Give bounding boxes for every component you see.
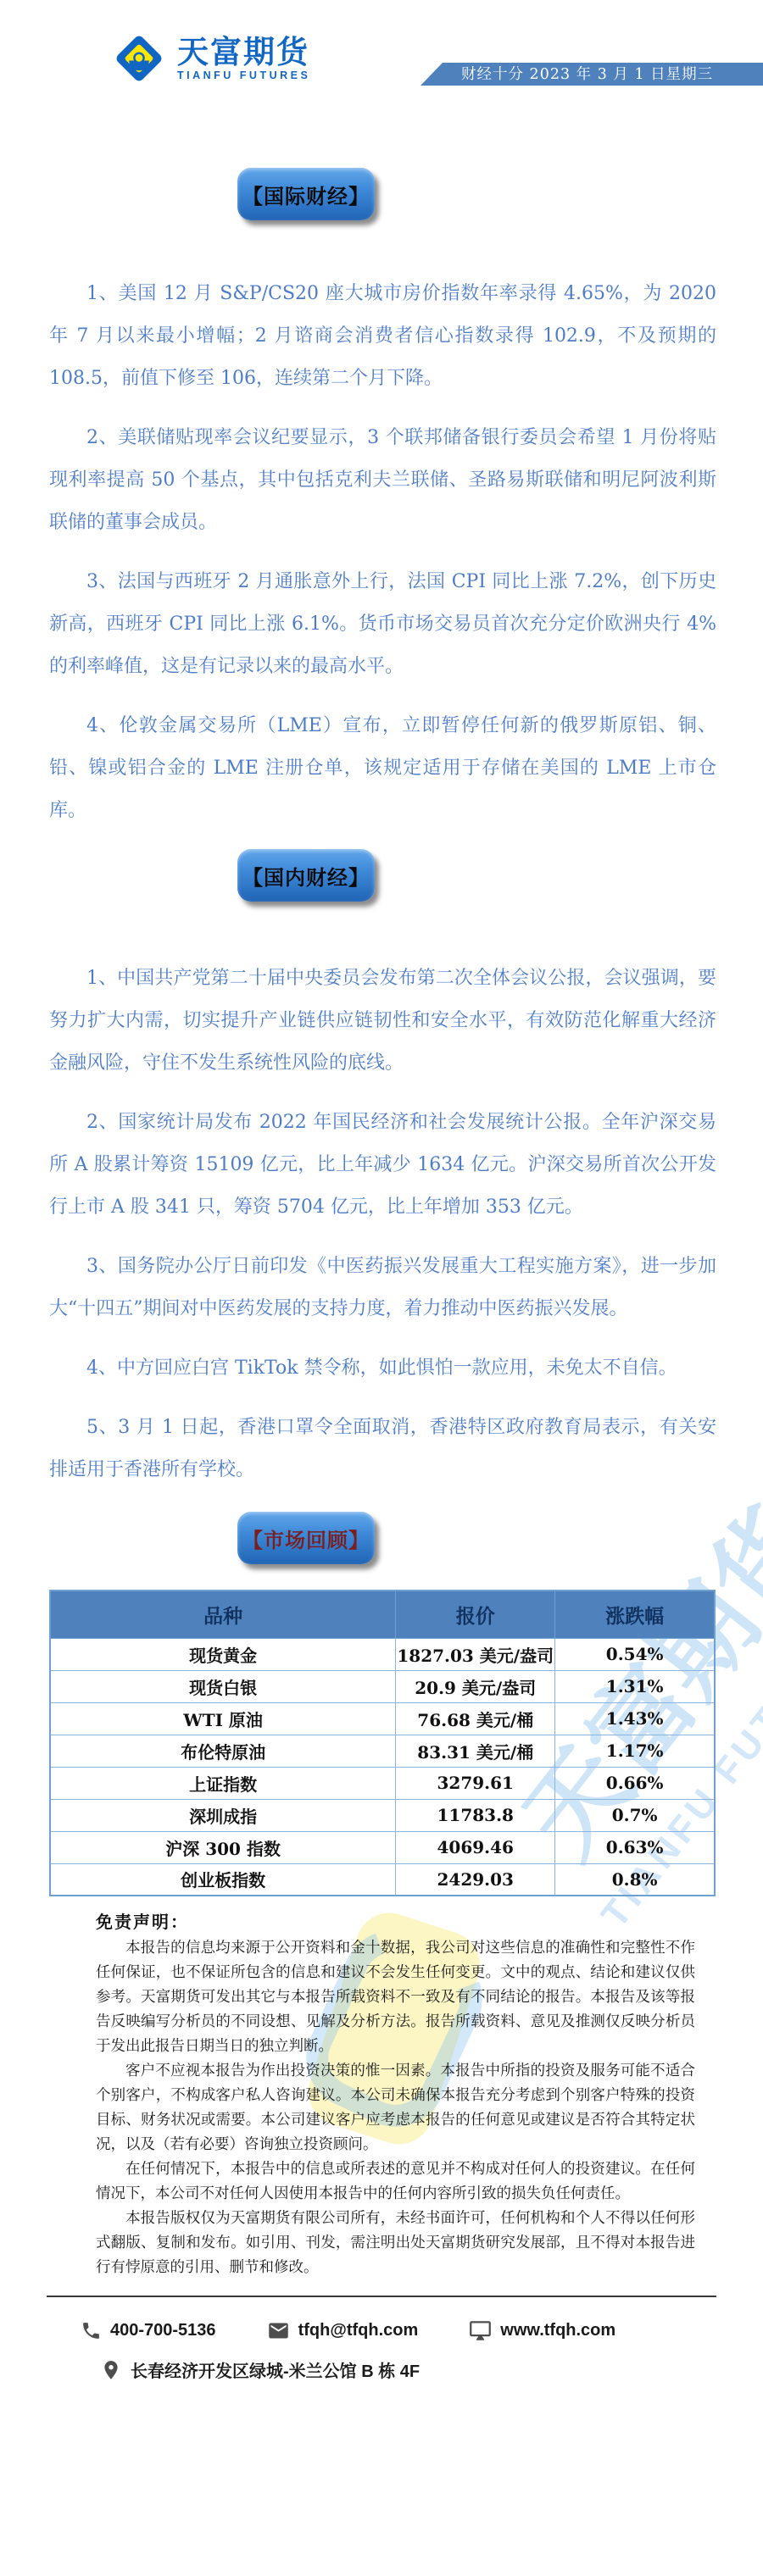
disclaimer-title: 免责声明： [96,1908,695,1933]
quote-cell: 11783.8 [396,1799,555,1831]
phone-contact: 400-700-5136 [81,2320,216,2341]
newsletter-page: 天富期货 TIANFU FUTURES 财经十分 2023 年 3 月 1 日星… [0,0,763,2382]
change-cell: 0.63% [555,1831,715,1863]
quote-cell: 76.68 美元/桶 [396,1702,555,1735]
phone-number: 400-700-5136 [110,2321,216,2340]
instrument-cell: 创业板指数 [50,1863,396,1896]
disclaimer-paragraph-3: 在任何情况下，本报告中的信息或所表述的意见并不构成对任何人的投资建议。在任何情况… [96,2157,695,2207]
footer: 400-700-5136 tfqh@tfqh.com www.tfqh.com … [0,2296,763,2382]
column-header-quote: 报价 [396,1591,555,1638]
table-row: 沪深 300 指数 4069.46 0.63% [50,1831,715,1863]
website-contact: www.tfqh.com [469,2319,615,2342]
table-header-row: 品种 报价 涨跌幅 [50,1591,715,1638]
disclaimer-paragraph-1: 本报告的信息均来源于公开资料和金十数据，我公司对这些信息的准确性和完整性不作任何… [96,1936,695,2059]
brand-text: 天富期货 TIANFU FUTURES [177,36,310,81]
table-row: 现货白银 20.9 美元/盎司 1.31% [50,1670,715,1702]
change-cell: 1.43% [555,1702,715,1735]
column-header-change: 涨跌幅 [555,1591,715,1638]
brand-name-cn: 天富期货 [177,36,310,69]
change-cell: 0.66% [555,1767,715,1799]
header: 天富期货 TIANFU FUTURES 财经十分 2023 年 3 月 1 日星… [0,0,763,85]
table-row: WTI 原油 76.68 美元/桶 1.43% [50,1702,715,1735]
email-icon [267,2319,290,2342]
disclaimer-section: 免责声明： 本报告的信息均来源于公开资料和金十数据，我公司对这些信息的准确性和完… [96,1908,695,2280]
instrument-cell: 沪深 300 指数 [50,1831,396,1863]
quote-cell: 20.9 美元/盎司 [396,1670,555,1702]
section-header-international: 【国际财经】 [237,168,375,220]
brand-name-en: TIANFU FUTURES [177,69,310,81]
news-paragraph-intl-2: 2、美联储贴现率会议纪要显示，3 个联邦储备银行委员会希望 1 月份将贴现利率提… [49,417,716,544]
quote-cell: 1827.03 美元/盎司 [396,1638,555,1670]
table-row: 现货黄金 1827.03 美元/盎司 0.54% [50,1638,715,1670]
section-header-domestic: 【国内财经】 [237,849,375,902]
change-cell: 0.8% [555,1863,715,1896]
instrument-cell: 深圳成指 [50,1799,396,1831]
news-paragraph-dom-1: 1、中国共产党第二十届中央委员会发布第二次全体会议公报，会议强调，要努力扩大内需… [49,958,716,1085]
quote-cell: 83.31 美元/桶 [396,1735,555,1767]
change-cell: 0.7% [555,1799,715,1831]
market-review-section: 天富期货 TIANFU FUTURES 【市场回顾】 品种 报价 涨跌幅 现货黄… [0,1512,763,2280]
news-paragraph-dom-2: 2、国家统计局发布 2022 年国民经济和社会发展统计公报。全年沪深交易所 A … [49,1102,716,1229]
table-row: 布伦特原油 83.31 美元/桶 1.17% [50,1735,715,1767]
instrument-cell: 布伦特原油 [50,1735,396,1767]
news-paragraph-dom-3: 3、国务院办公厅日前印发《中医药振兴发展重大工程实施方案》，进一步加大“十四五”… [49,1246,716,1330]
market-quotes-table: 品种 报价 涨跌幅 现货黄金 1827.03 美元/盎司 0.54% 现货白银 … [49,1590,716,1896]
instrument-cell: 现货白银 [50,1670,396,1702]
column-header-instrument: 品种 [50,1591,396,1638]
quote-cell: 2429.03 [396,1863,555,1896]
brand-logo: 天富期货 TIANFU FUTURES [113,32,310,85]
email-link[interactable]: tfqh@tfqh.com [298,2321,419,2340]
news-paragraph-intl-1: 1、美国 12 月 S&P/CS20 座大城市房价指数年率录得 4.65%，为 … [49,273,716,400]
address-text: 长春经济开发区绿城-米兰公馆 B 栋 4F [131,2357,420,2382]
address-contact: 长春经济开发区绿城-米兰公馆 B 栋 4F [100,2357,420,2382]
section-header-market-review: 【市场回顾】 [237,1512,375,1564]
disclaimer-paragraph-2: 客户不应视本报告为作出投资决策的惟一因素。本报告中所指的投资及服务可能不适合个别… [96,2059,695,2157]
website-link[interactable]: www.tfqh.com [500,2321,615,2340]
news-paragraph-intl-3: 3、法国与西班牙 2 月通胀意外上行，法国 CPI 同比上涨 7.2%，创下历史… [49,561,716,688]
brand-logo-icon [113,32,165,85]
table-row: 创业板指数 2429.03 0.8% [50,1863,715,1896]
phone-icon [81,2320,102,2341]
instrument-cell: 现货黄金 [50,1638,396,1670]
table-row: 深圳成指 11783.8 0.7% [50,1799,715,1831]
disclaimer-paragraph-4: 本报告版权仅为天富期货有限公司所有，未经书面许可，任何机构和个人不得以任何形式翻… [96,2207,695,2280]
email-contact: tfqh@tfqh.com [267,2319,419,2342]
quote-cell: 3279.61 [396,1767,555,1799]
change-cell: 1.31% [555,1670,715,1702]
change-cell: 0.54% [555,1638,715,1670]
instrument-cell: WTI 原油 [50,1702,396,1735]
table-row: 上证指数 3279.61 0.66% [50,1767,715,1799]
address-row: 长春经济开发区绿城-米兰公馆 B 栋 4F [100,2357,763,2382]
change-cell: 1.17% [555,1735,715,1767]
contact-row: 400-700-5136 tfqh@tfqh.com www.tfqh.com [81,2319,763,2342]
location-pin-icon [100,2359,122,2381]
monitor-icon [469,2319,492,2342]
footer-divider [47,2296,716,2297]
instrument-cell: 上证指数 [50,1767,396,1799]
date-banner: 财经十分 2023 年 3 月 1 日星期三 [420,63,763,86]
news-paragraph-intl-4: 4、伦敦金属交易所（LME）宣布，立即暂停任何新的俄罗斯原铝、铜、铅、镍或铝合金… [49,705,716,832]
news-paragraph-dom-4: 4、中方回应白宫 TikTok 禁令称，如此惧怕一款应用，未免太不自信。 [49,1347,716,1390]
news-paragraph-dom-5: 5、3 月 1 日起，香港口罩令全面取消，香港特区政府教育局表示，有关安排适用于… [49,1407,716,1491]
quote-cell: 4069.46 [396,1831,555,1863]
